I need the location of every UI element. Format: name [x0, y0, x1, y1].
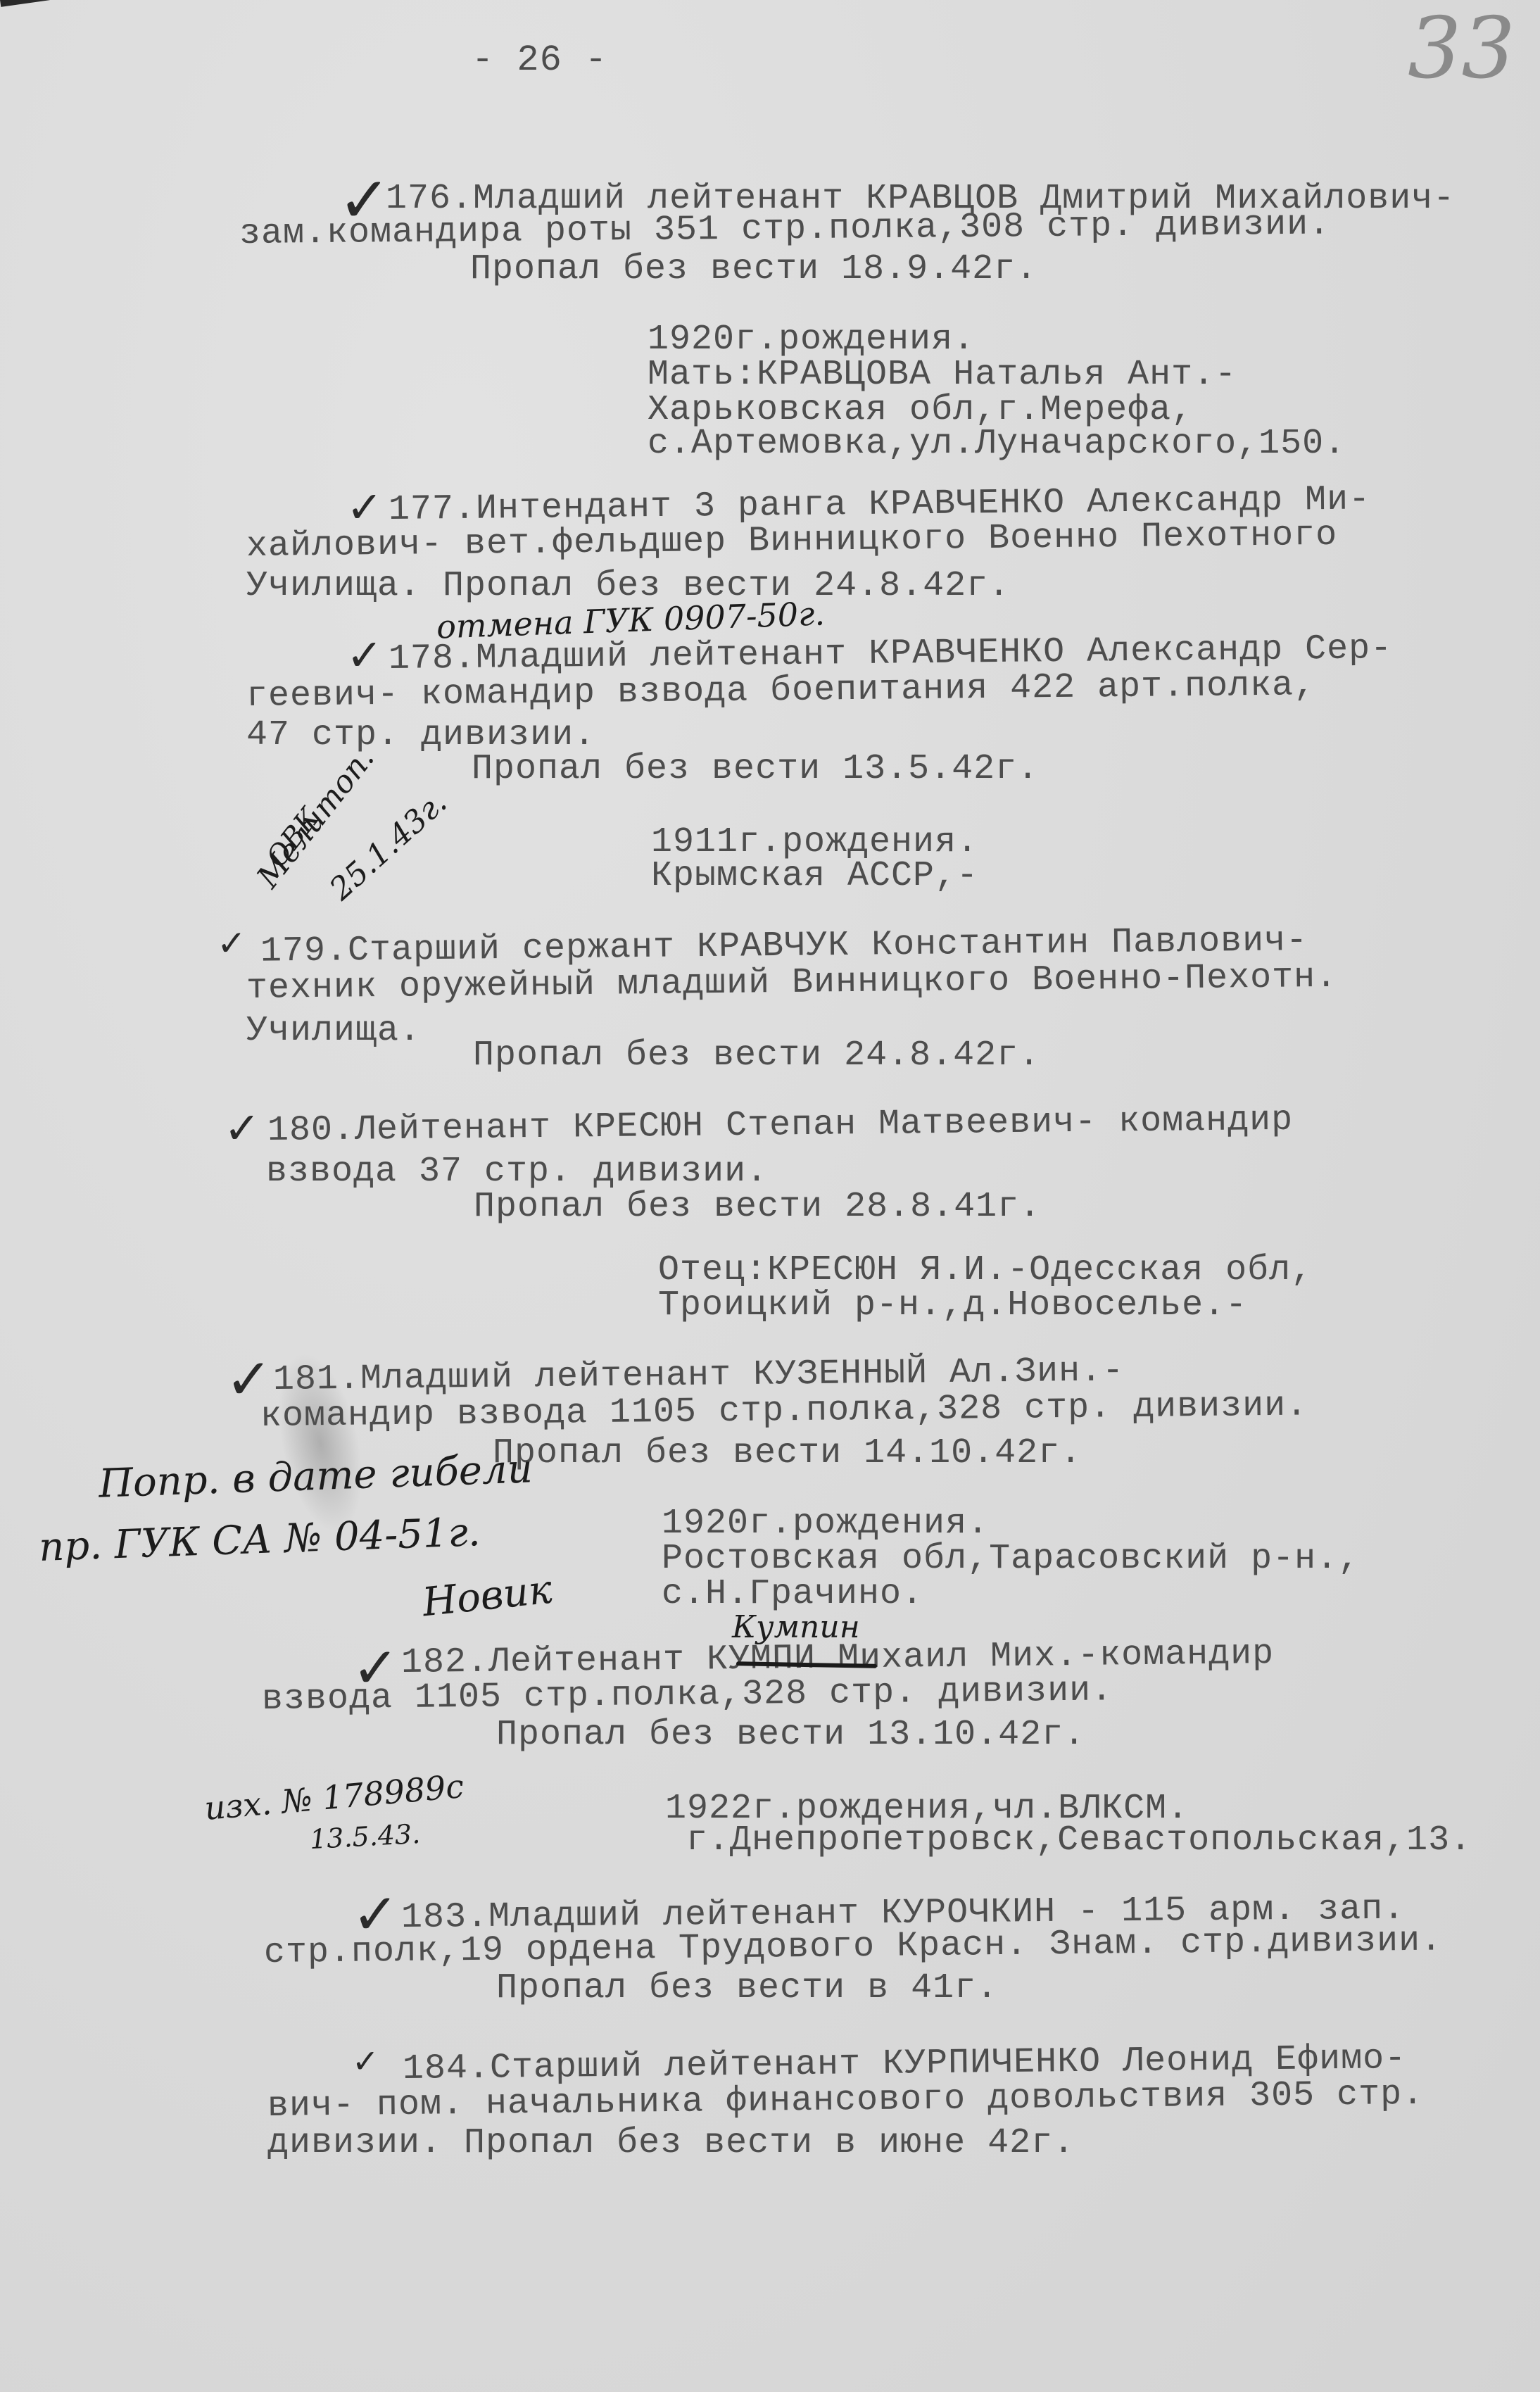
missing-date: Пропал без вести 18.9.42г. [470, 252, 1037, 287]
folio-number: 33 [1408, 7, 1515, 92]
entry-line: Училища. Пропал без вести 24.8.42г. [246, 569, 1010, 604]
address-line: г.Днепропетровск,Севастопольская,13. [686, 1823, 1472, 1858]
checkmark-icon: ✓ [346, 634, 383, 677]
birth-year: 1920г.рождения. [662, 1506, 989, 1542]
address-line: Ростовская обл,Тарасовский р-н., [662, 1542, 1360, 1577]
birthplace: Крымская АССР,- [651, 859, 978, 894]
missing-date: Пропал без вести 14.10.42г. [493, 1436, 1082, 1471]
archive-page: - 26 - 33 ✓ 176.Младший лейтенант КРАВЦО… [0, 0, 1540, 2392]
relative-info: Отец:КРЕСЮН Я.И.-Одесская обл, [658, 1253, 1313, 1288]
entry-line: 180.Лейтенант КРЕСЮН Степан Матвеевич- к… [267, 1103, 1294, 1149]
entry-line: геевич- командир взвода боепитания 422 а… [246, 668, 1316, 715]
entry-line: техник оружейный младший Винницкого Воен… [246, 960, 1338, 1007]
address-line: Харьковская обл,г.Мерефа, [648, 393, 1193, 428]
checkmark-icon: ✓ [346, 486, 383, 529]
entry-line: взвода 37 стр. дивизии. [266, 1154, 768, 1190]
checkmark-icon: ✓ [224, 1107, 260, 1150]
birth-year: 1920г.рождения. [648, 322, 975, 358]
entry-line: стр.полк,19 ордена Трудового Красн. Знам… [264, 1923, 1443, 1971]
address-line: с.Артемовка,ул.Луначарского,150. [648, 427, 1346, 462]
missing-date: Пропал без вести 13.5.42г. [472, 752, 1039, 787]
address-line: Троицкий р-н.,д.Новоселье.- [658, 1288, 1247, 1323]
entry-line: вич- пом. начальника финансового довольс… [267, 2077, 1425, 2125]
entry-line: хайлович- вет.фельдшер Винницкого Военно… [246, 518, 1338, 565]
checkmark-icon: ✓ [352, 2045, 379, 2077]
handwritten-annotation: 13.5.43. [309, 1820, 421, 1853]
page-edge-mark [0, 0, 50, 7]
missing-date: Пропал без вести в 41г. [496, 1971, 998, 2006]
entry-line: 47 стр. дивизии. [246, 718, 595, 753]
entry-line: Училища. [246, 1014, 421, 1049]
birth-year: 1911г.рождения. [651, 825, 978, 860]
entry-line: зам.командира роты 351 стр.полка,308 стр… [239, 207, 1331, 252]
signature: Новик [421, 1570, 554, 1623]
missing-date: Пропал без вести 28.8.41г. [474, 1190, 1041, 1225]
address-line: с.Н.Грачино. [662, 1577, 923, 1612]
missing-date: Пропал без вести 13.10.42г. [496, 1718, 1085, 1753]
entry-line: дивизии. Пропал без вести в июне 42г. [267, 2126, 1075, 2161]
handwritten-annotation: пр. ГУК СА № 04-51г. [38, 1513, 481, 1568]
missing-date: Пропал без вести 24.8.42г. [473, 1038, 1040, 1074]
handwritten-annotation: Попр. в дате гибели [98, 1449, 533, 1504]
handwritten-annotation: изх. № 178989с [203, 1770, 465, 1825]
page-number: - 26 - [472, 42, 607, 79]
entry-line: командир взвода 1105 стр.полка,328 стр. … [260, 1388, 1308, 1435]
entry-line: взвода 1105 стр.полка,328 стр. дивизии. [262, 1673, 1113, 1718]
relative-info: Мать:КРАВЦОВА Наталья Ант.- [648, 358, 1237, 393]
